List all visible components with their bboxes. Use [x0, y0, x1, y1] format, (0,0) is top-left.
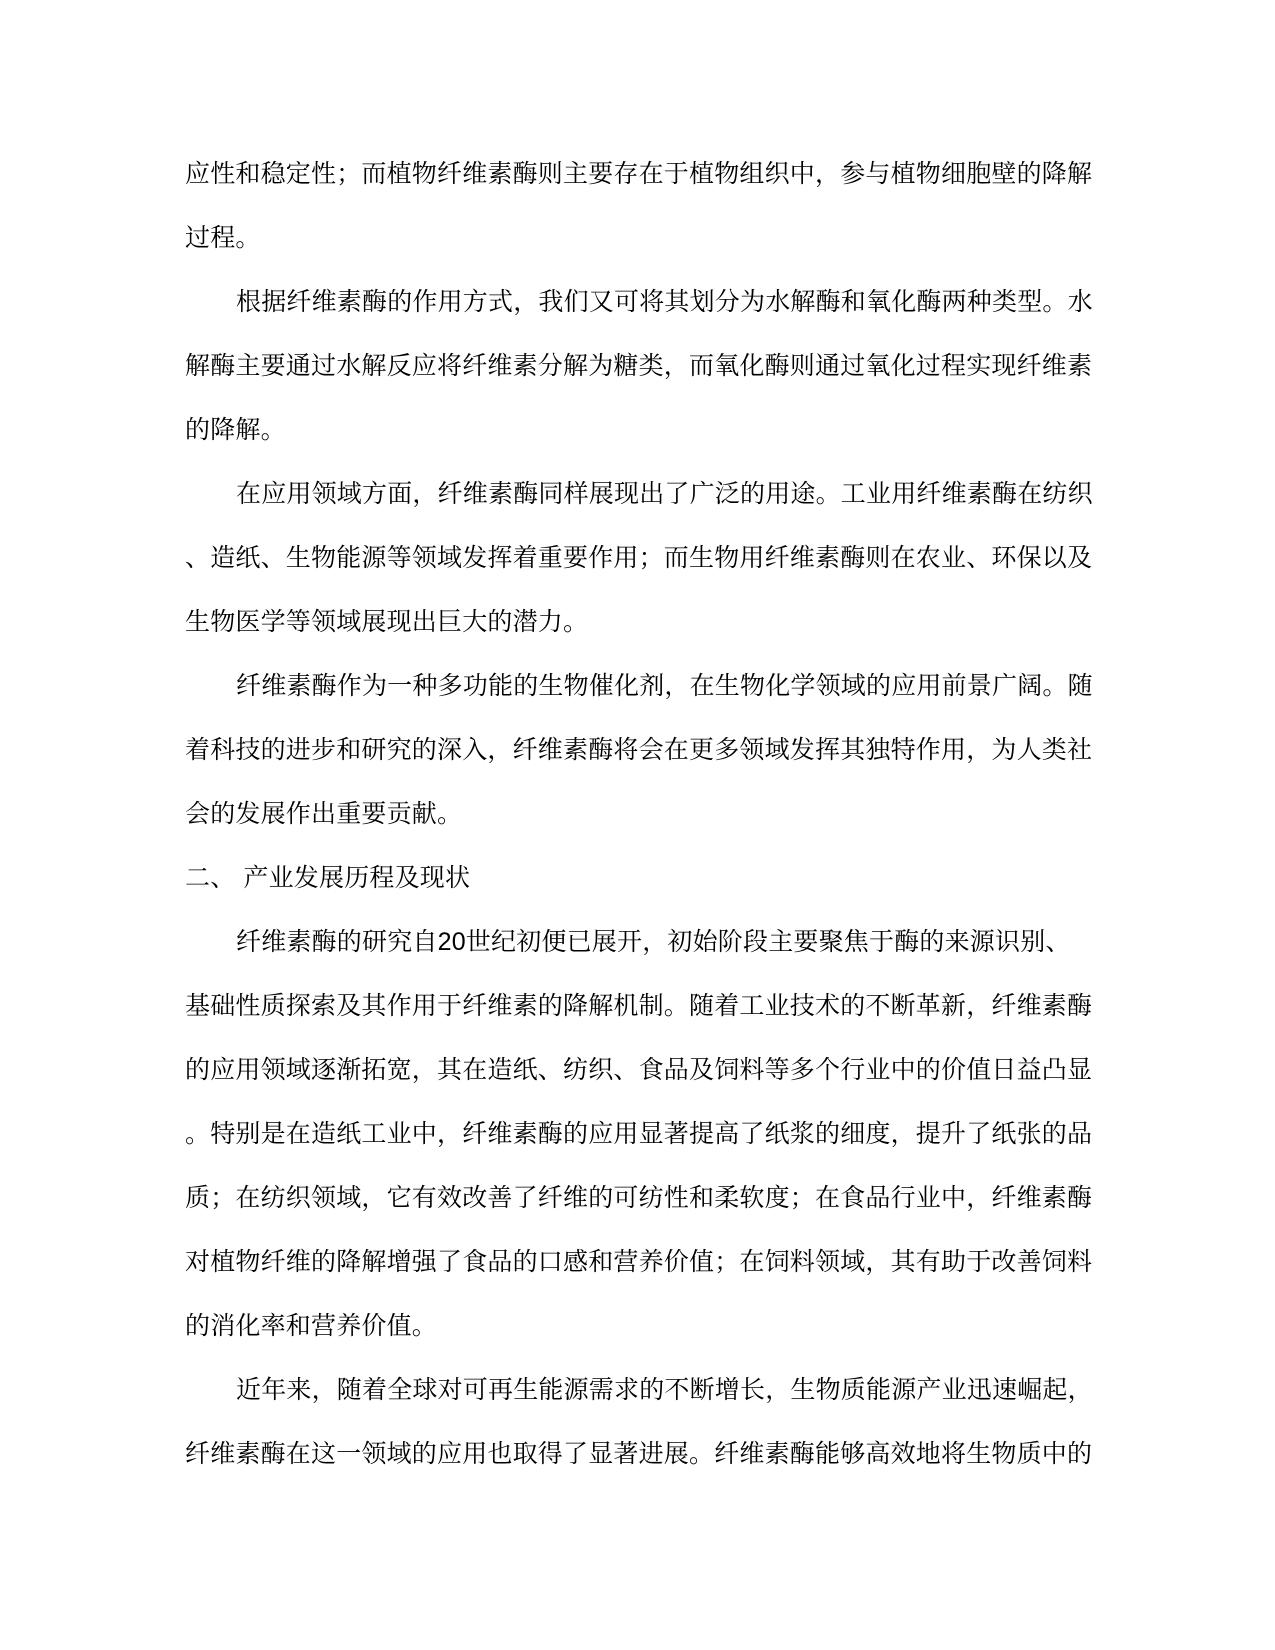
- text-line: 解酶主要通过水解反应将纤维素分解为糖类，而氧化酶则通过氧化过程实现纤维素: [185, 334, 1100, 398]
- paragraph-end-line: 的消化率和营养价值。: [185, 1294, 1100, 1358]
- text-line: 应性和稳定性；而植物纤维素酶则主要存在于植物组织中，参与植物细胞壁的降解: [185, 142, 1100, 206]
- paragraph-end-line: 会的发展作出重要贡献。: [185, 782, 1100, 846]
- paragraph-start-line: 在应用领域方面，纤维素酶同样展现出了广泛的用途。工业用纤维素酶在纺织: [185, 462, 1100, 526]
- document-page: 应性和稳定性；而植物纤维素酶则主要存在于植物组织中，参与植物细胞壁的降解 过程。…: [0, 0, 1275, 1650]
- text-block: 应性和稳定性；而植物纤维素酶则主要存在于植物组织中，参与植物细胞壁的降解 过程。…: [185, 142, 1100, 1486]
- paragraph-start-line: 纤维素酶作为一种多功能的生物催化剂，在生物化学领域的应用前景广阔。随: [185, 654, 1100, 718]
- paragraph-start-line: 根据纤维素酶的作用方式，我们又可将其划分为水解酶和氧化酶两种类型。水: [185, 270, 1100, 334]
- paragraph-end-line: 过程。: [185, 206, 1100, 270]
- text-line: 质；在纺织领域，它有效改善了纤维的可纺性和柔软度；在食品行业中，纤维素酶: [185, 1166, 1100, 1230]
- section-heading-number: 二、: [185, 864, 235, 892]
- paragraph-start-line: 纤维素酶的研究自20世纪初便已展开，初始阶段主要聚焦于酶的来源识别、: [185, 910, 1100, 974]
- text-line: 着科技的进步和研究的深入，纤维素酶将会在更多领域发挥其独特作用，为人类社: [185, 718, 1100, 782]
- section-heading: 二、产业发展历程及现状: [185, 846, 1100, 910]
- text-line: 对植物纤维的降解增强了食品的口感和营养价值；在饲料领域，其有助于改善饲料: [185, 1230, 1100, 1294]
- text-line: 的应用领域逐渐拓宽，其在造纸、纺织、食品及饲料等多个行业中的价值日益凸显: [185, 1038, 1100, 1102]
- section-heading-title: 产业发展历程及现状: [243, 864, 470, 892]
- text-line: 纤维素酶在这一领域的应用也取得了显著进展。纤维素酶能够高效地将生物质中的: [185, 1422, 1100, 1486]
- text-line: 基础性质探索及其作用于纤维素的降解机制。随着工业技术的不断革新，纤维素酶: [185, 974, 1100, 1038]
- paragraph-start-line: 近年来，随着全球对可再生能源需求的不断增长，生物质能源产业迅速崛起，: [185, 1358, 1100, 1422]
- text-line: 。特别是在造纸工业中，纤维素酶的应用显著提高了纸浆的细度，提升了纸张的品: [185, 1102, 1100, 1166]
- paragraph-end-line: 生物医学等领域展现出巨大的潜力。: [185, 590, 1100, 654]
- paragraph-end-line: 的降解。: [185, 398, 1100, 462]
- text-line: 、造纸、生物能源等领域发挥着重要作用；而生物用纤维素酶则在农业、环保以及: [185, 526, 1100, 590]
